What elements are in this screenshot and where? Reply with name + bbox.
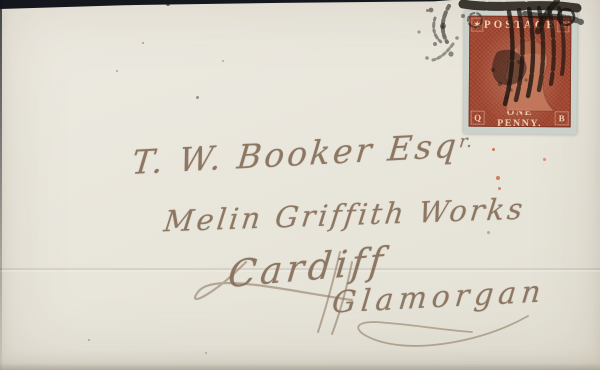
stamp-star-ornament-right-icon: ✶ bbox=[558, 18, 570, 32]
foxing-speck bbox=[426, 9, 429, 12]
stamp-check-letter-left: Q bbox=[471, 111, 485, 125]
queen-victoria-profile-icon bbox=[470, 33, 571, 113]
wax-speck bbox=[543, 158, 546, 161]
envelope-front: T. W. Booker Esqr. Melin Griffith Works … bbox=[0, 0, 600, 370]
foxing-speck bbox=[196, 96, 199, 99]
wax-speck bbox=[498, 187, 501, 190]
foxing-speck bbox=[88, 339, 90, 341]
recipient-name: T. W. Booker Esq bbox=[130, 126, 461, 182]
stamp-check-letter-right: B bbox=[555, 111, 569, 125]
stamp-printed-area: ✶ POSTAGE ✶ Q ONE PENNY. B bbox=[469, 16, 572, 128]
address-line-premises: Melin Griffith Works bbox=[162, 192, 527, 239]
paper-edge-shadow bbox=[0, 363, 600, 370]
stamp-top-band: ✶ POSTAGE ✶ bbox=[470, 17, 570, 34]
foxing-speck bbox=[116, 70, 118, 72]
wax-speck bbox=[492, 148, 495, 151]
recipient-honorific-suffix: r. bbox=[458, 132, 474, 153]
address-line-recipient: T. W. Booker Esqr. bbox=[130, 125, 475, 182]
scan-edge-top bbox=[0, 0, 452, 9]
scanned-cover-photo: T. W. Booker Esqr. Melin Griffith Works … bbox=[0, 0, 600, 370]
stamp-vignette bbox=[470, 33, 571, 111]
stamp-star-ornament-left-icon: ✶ bbox=[471, 18, 483, 32]
postage-stamp: ✶ POSTAGE ✶ Q ONE PENNY. B bbox=[464, 11, 578, 135]
stamp-postage-label: POSTAGE bbox=[484, 19, 557, 32]
scan-edge-left bbox=[0, 0, 2, 370]
wax-speck bbox=[496, 176, 500, 180]
wax-speck bbox=[487, 231, 490, 234]
foxing-speck bbox=[222, 60, 224, 62]
foxing-speck bbox=[205, 352, 207, 354]
foxing-speck bbox=[142, 42, 144, 44]
